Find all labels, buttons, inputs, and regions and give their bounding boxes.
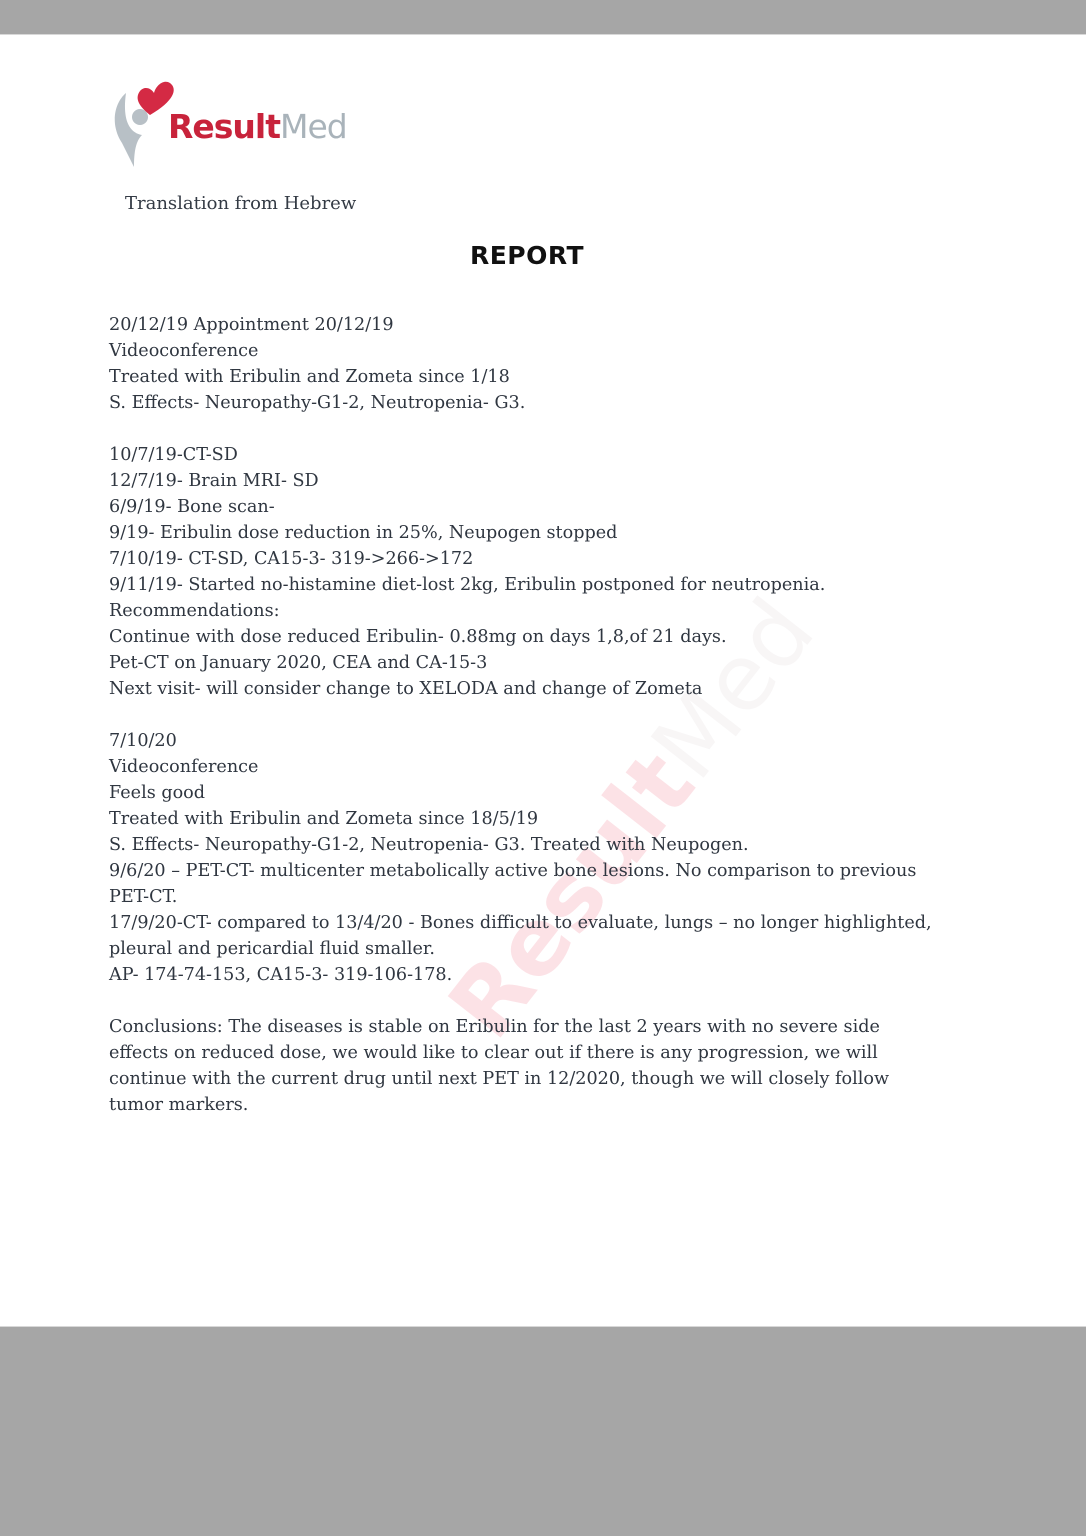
text-line: 17/9/20-CT- compared to 13/4/20 - Bones … <box>109 910 989 936</box>
logo-wordmark: ResultMed <box>168 107 347 147</box>
text-line: Treated with Eribulin and Zometa since 1… <box>109 364 989 390</box>
text-line: 12/7/19- Brain MRI- SD <box>109 468 989 494</box>
text-line: 7/10/20 <box>109 728 989 754</box>
section-history-2019: 10/7/19-CT-SD 12/7/19- Brain MRI- SD 6/9… <box>109 442 989 702</box>
text-line: S. Effects- Neuropathy-G1-2, Neutropenia… <box>109 390 989 416</box>
resultmed-logo: ResultMed <box>112 77 362 169</box>
report-body: 20/12/19 Appointment 20/12/19 Videoconfe… <box>109 312 989 1118</box>
text-line: 7/10/19- CT-SD, CA15-3- 319->266->172 <box>109 546 989 572</box>
logo-med-text: Med <box>280 107 347 146</box>
text-line: Feels good <box>109 780 989 806</box>
translation-note: Translation from Hebrew <box>125 193 356 214</box>
document-page: ResultMed Translation from Hebrew REPORT… <box>0 34 1086 1327</box>
section-appointment-2020: 7/10/20 Videoconference Feels good Treat… <box>109 728 989 988</box>
text-line: Videoconference <box>109 754 989 780</box>
text-line: Videoconference <box>109 338 989 364</box>
text-line: 9/19- Eribulin dose reduction in 25%, Ne… <box>109 520 989 546</box>
text-line: AP- 174-74-153, CA15-3- 319-106-178. <box>109 962 989 988</box>
logo-result-text: Result <box>168 107 280 146</box>
text-line: 10/7/19-CT-SD <box>109 442 989 468</box>
text-line: Next visit- will consider change to XELO… <box>109 676 989 702</box>
text-line: 20/12/19 Appointment 20/12/19 <box>109 312 989 338</box>
recommendations-heading: Recommendations: <box>109 598 989 624</box>
text-line: Pet-CT on January 2020, CEA and CA-15-3 <box>109 650 989 676</box>
text-line: 6/9/19- Bone scan- <box>109 494 989 520</box>
text-line: PET-CT. <box>109 884 989 910</box>
text-line: 9/6/20 – PET-CT- multicenter metabolical… <box>109 858 989 884</box>
text-line: 9/11/19- Started no-histamine diet-lost … <box>109 572 989 598</box>
section-appointment-2019: 20/12/19 Appointment 20/12/19 Videoconfe… <box>109 312 989 416</box>
conclusions-paragraph: Conclusions: The diseases is stable on E… <box>109 1014 939 1118</box>
text-line: pleural and pericardial fluid smaller. <box>109 936 989 962</box>
text-line: Treated with Eribulin and Zometa since 1… <box>109 806 989 832</box>
text-line: Continue with dose reduced Eribulin- 0.8… <box>109 624 989 650</box>
text-line: S. Effects- Neuropathy-G1-2, Neutropenia… <box>109 832 989 858</box>
report-title: REPORT <box>0 241 1054 270</box>
